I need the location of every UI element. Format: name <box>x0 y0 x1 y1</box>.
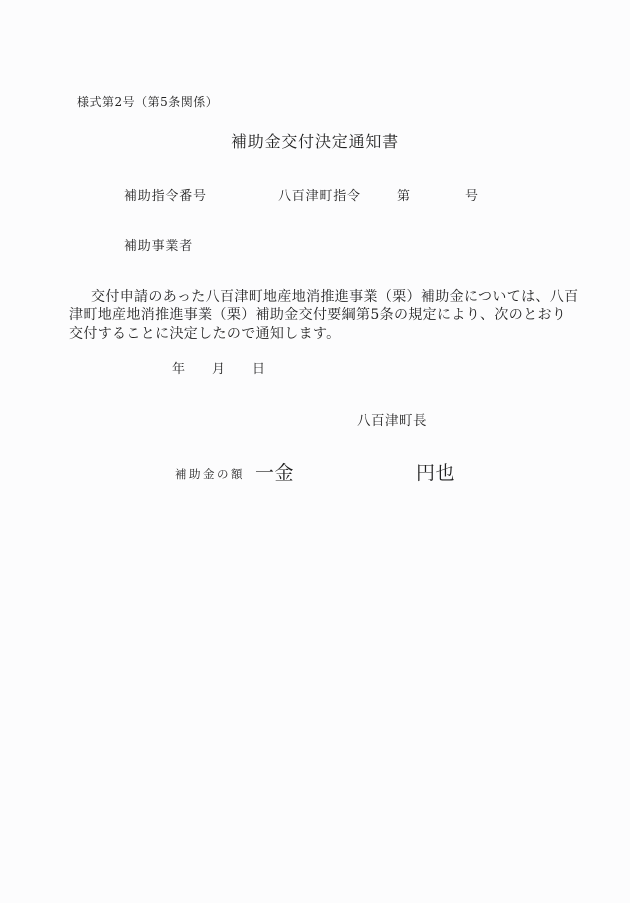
date-year-label: 年 <box>172 358 185 377</box>
directive-issuer: 八百津町指令 <box>278 185 361 204</box>
body-line: 津町地産地消推進事業（栗）補助金交付要綱第5条の規定により、次のとおり <box>69 306 569 324</box>
body-line: 交付申請のあった八百津町地産地消推進事業（栗）補助金については、八百 <box>69 288 569 306</box>
form-number: 様式第2号（第5条関係） <box>77 93 218 110</box>
amount-prefix: 一金 <box>255 458 294 485</box>
subsidy-amount-label: 補助金の額 <box>175 466 245 482</box>
amount-suffix: 円也 <box>416 458 455 485</box>
directive-number-prefix: 第 <box>397 185 411 204</box>
document-page: 様式第2号（第5条関係） 補助金交付決定通知書 補助指令番号 八百津町指令 第 … <box>0 0 630 903</box>
date-day-label: 日 <box>252 358 265 377</box>
directive-number-label: 補助指令番号 <box>124 185 207 204</box>
business-operator-label: 補助事業者 <box>124 235 193 254</box>
body-paragraph: 交付申請のあった八百津町地産地消推進事業（栗）補助金については、八百 津町地産地… <box>69 288 569 343</box>
document-title: 補助金交付決定通知書 <box>0 129 630 152</box>
body-line: 交付することに決定したので通知します。 <box>69 325 569 343</box>
mayor-title: 八百津町長 <box>357 409 427 429</box>
date-month-label: 月 <box>212 358 225 377</box>
directive-number-suffix: 号 <box>465 185 479 204</box>
